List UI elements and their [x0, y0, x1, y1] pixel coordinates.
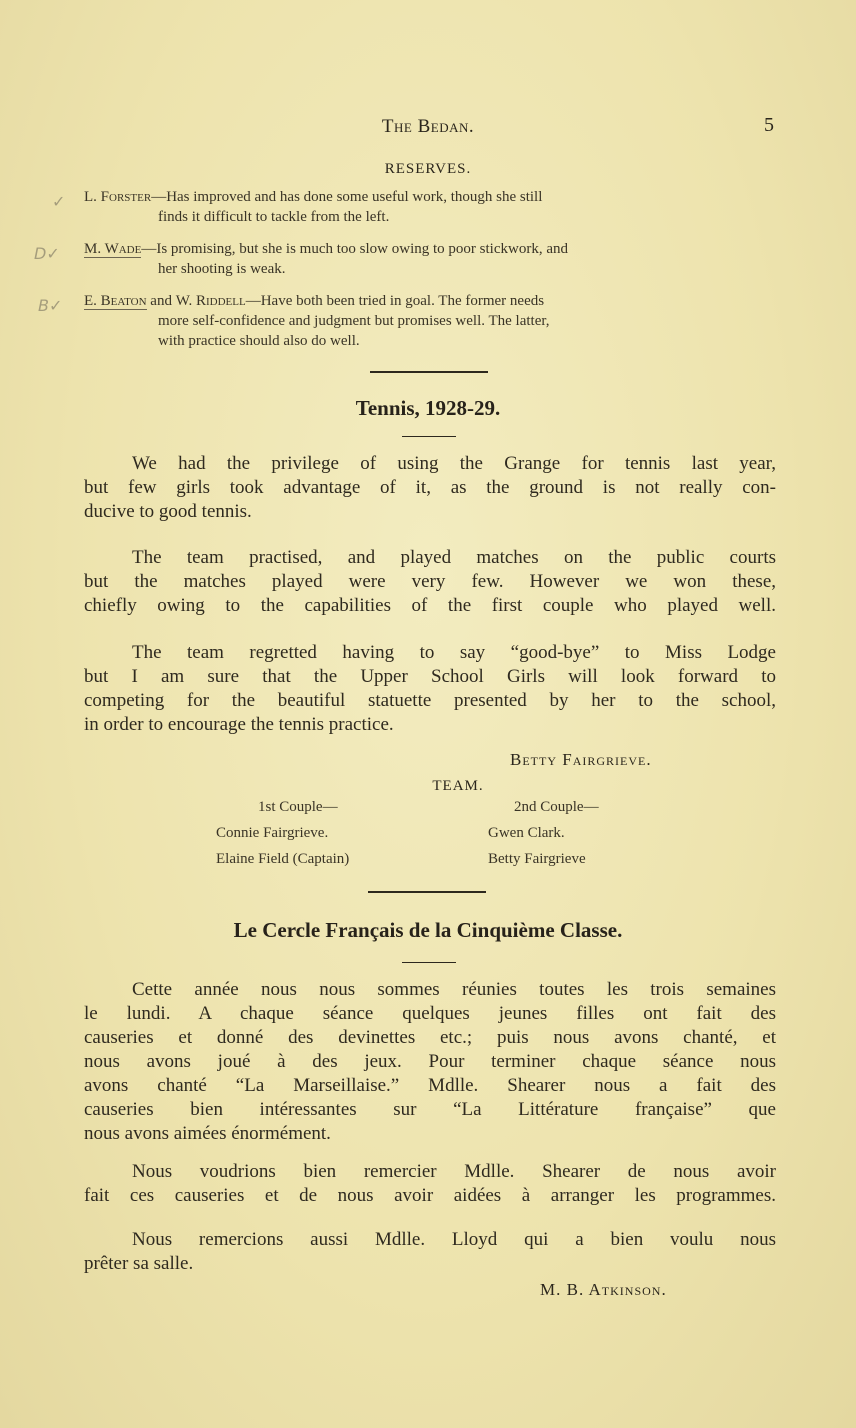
text-line: fait ces causeries et de nous avoir aidé… [84, 1184, 776, 1208]
text-line: but I am sure that the Upper School Girl… [84, 665, 776, 689]
heading-underline [402, 436, 456, 437]
cercle-paragraph-2: Nous voudrions bien remercier Mdlle. She… [84, 1160, 776, 1208]
cercle-signature: M. B. Atkinson. [540, 1280, 667, 1300]
text-line: prêter sa salle. [84, 1252, 776, 1276]
tennis-paragraph-3: The team regretted having to say “good-b… [84, 641, 776, 737]
pencil-mark-d-icon: D✓ [34, 244, 60, 263]
section-divider [368, 891, 486, 893]
tennis-paragraph-2: The team practised, and played matches o… [84, 546, 776, 618]
text-line: but few girls took advantage of it, as t… [84, 476, 776, 500]
reserve-name-2: W. Riddell [176, 293, 246, 309]
document-page: The Bedan. 5 RESERVES. ✓ L. Forster—Has … [0, 0, 856, 1428]
second-couple: 2nd Couple— Gwen Clark. Betty Fairgrieve [488, 794, 599, 872]
text-line: The team practised, and played matches o… [84, 546, 776, 570]
text-line: We had the privilege of using the Grange… [84, 452, 776, 476]
reserve-entry-forster: L. Forster—Has improved and has done som… [84, 187, 778, 227]
cercle-heading: Le Cercle Français de la Cinquième Class… [0, 918, 856, 943]
text-line: The team regretted having to say “good-b… [84, 641, 776, 665]
reserve-name: E. Beaton [84, 293, 147, 310]
tennis-signature: Betty Fairgrieve. [510, 750, 652, 770]
name-joiner: and [147, 293, 176, 309]
team-heading: TEAM. [30, 778, 856, 795]
text-line: causeries bien intéressantes sur “La Lit… [84, 1098, 776, 1122]
player: Gwen Clark. [488, 820, 599, 846]
text-line: in order to encourage the tennis practic… [84, 713, 776, 737]
text-line: Cette année nous nous sommes réunies tou… [84, 978, 776, 1002]
pencil-check-icon: ✓ [52, 192, 65, 211]
reserve-comment: —Has improved and has done some useful w… [151, 189, 542, 205]
tennis-paragraph-1: We had the privilege of using the Grange… [84, 452, 776, 524]
text-line: causeries et donné des devinettes etc.; … [84, 1026, 776, 1050]
text-line: competing for the beautiful statuette pr… [84, 689, 776, 713]
reserve-comment: —Have both been tried in goal. The forme… [246, 293, 544, 309]
text-line: ducive to good tennis. [84, 500, 776, 524]
reserve-entry-beaton-riddell: E. Beaton and W. Riddell—Have both been … [84, 291, 778, 351]
player: Connie Fairgrieve. [216, 820, 349, 846]
heading-underline [402, 962, 456, 963]
text-line: Nous remercions aussi Mdlle. Lloyd qui a… [84, 1228, 776, 1252]
reserve-comment-cont: her shooting is weak. [84, 259, 778, 279]
reserve-comment-cont: finds it difficult to tackle from the le… [84, 207, 778, 227]
reserves-heading: RESERVES. [0, 161, 856, 178]
reserve-name: L. Forster [84, 189, 151, 205]
section-divider [370, 371, 488, 373]
first-couple: 1st Couple— Connie Fairgrieve. Elaine Fi… [216, 794, 349, 872]
pencil-mark-b-icon: B✓ [38, 296, 62, 315]
text-line: nous avons joué à des jeux. Pour termine… [84, 1050, 776, 1074]
second-couple-label: 2nd Couple— [488, 794, 599, 820]
text-line: Nous voudrions bien remercier Mdlle. She… [84, 1160, 776, 1184]
reserve-name: M. Wade [84, 241, 141, 258]
running-title: The Bedan. [0, 116, 856, 138]
text-line: chiefly owing to the capabilities of the… [84, 594, 776, 618]
reserve-comment-cont: with practice should also do well. [84, 331, 778, 351]
reserve-comment: —Is promising, but she is much too slow … [141, 241, 568, 257]
text-line: but the matches played were very few. Ho… [84, 570, 776, 594]
reserve-entry-wade: M. Wade—Is promising, but she is much to… [84, 239, 778, 279]
text-line: nous avons aimées énormément. [84, 1122, 776, 1146]
reserve-comment-cont: more self-confidence and judgment but pr… [84, 311, 778, 331]
cercle-paragraph-1: Cette année nous nous sommes réunies tou… [84, 978, 776, 1146]
text-line: le lundi. A chaque séance quelques jeune… [84, 1002, 776, 1026]
text-line: avons chanté “La Marseillaise.” Mdlle. S… [84, 1074, 776, 1098]
player: Betty Fairgrieve [488, 846, 599, 872]
cercle-paragraph-3: Nous remercions aussi Mdlle. Lloyd qui a… [84, 1228, 776, 1276]
first-couple-label: 1st Couple— [216, 794, 349, 820]
page-number: 5 [764, 114, 774, 137]
tennis-heading: Tennis, 1928-29. [0, 396, 856, 421]
player: Elaine Field (Captain) [216, 846, 349, 872]
